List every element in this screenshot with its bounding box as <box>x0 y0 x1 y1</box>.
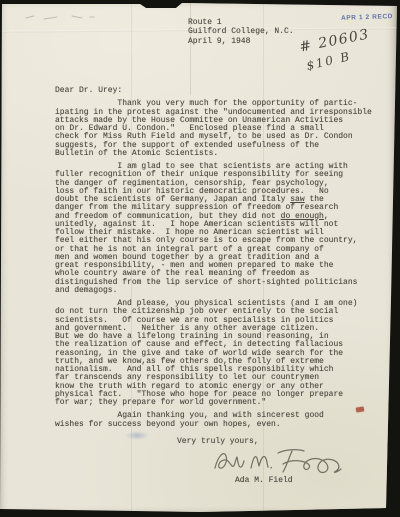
return-address-line-2: Guilford College, N.C. <box>188 27 294 36</box>
handwritten-signature-ada-m-field <box>210 443 345 479</box>
letter-body: Dear Dr. Urey: Thank you very much for t… <box>55 87 390 434</box>
salutation: Dear Dr. Urey: <box>55 87 390 95</box>
paragraph-1: Thank you very much for the opportunity … <box>55 100 390 158</box>
return-address-line-1: Route 1 <box>188 18 294 27</box>
pencil-scribble <box>24 12 99 22</box>
letter-return-address: Route 1 Guilford College, N.C. April 9, … <box>188 18 294 46</box>
letter-paper: APR 1 2 RECD # 20603 $10 B Route 1 Guilf… <box>0 0 400 517</box>
typed-signature-name: Ada M. Field <box>235 476 293 485</box>
paragraph-2: I am glad to see that scientists are act… <box>55 163 390 295</box>
paragraph-4: Again thanking you, and with sincerest g… <box>55 412 390 429</box>
scanned-letter: APR 1 2 RECD # 20603 $10 B Route 1 Guilf… <box>0 0 400 517</box>
paragraph-3: And please, you physical scientists (and… <box>55 300 390 407</box>
received-date-stamp: APR 1 2 RECD <box>341 13 393 22</box>
fold-crease-vertical-top <box>190 0 191 95</box>
letter-date: April 9, 1948 <box>188 37 294 46</box>
blue-ink-smudge <box>125 431 149 440</box>
